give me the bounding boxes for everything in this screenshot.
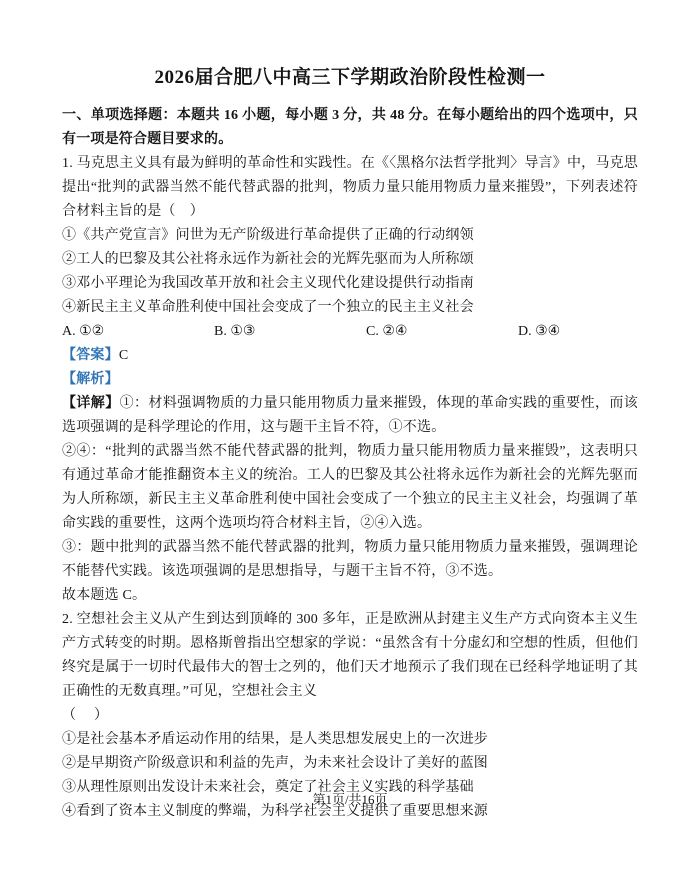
- q1-option-1: ①《共产党宣言》问世为无产阶级进行革命提供了正确的行动纲领: [62, 224, 638, 248]
- question-1-stem: 1. 马克思主义具有最为鲜明的革命性和实践性。在《〈黑格尔法哲学批判〉导言》中，…: [62, 152, 638, 224]
- page-footer: 第1页/共16页: [0, 790, 700, 810]
- q2-option-2: ②是早期资产阶级意识和利益的先声，为未来社会设计了美好的蓝图: [62, 752, 638, 776]
- q1-option-2: ②工人的巴黎及其公社将永远作为新社会的光辉先驱而为人所称颂: [62, 248, 638, 272]
- q1-conclusion: 故本题选 C。: [62, 584, 638, 608]
- q1-answer-line: 【答案】C: [62, 344, 638, 368]
- detail-text-1: ①：材料强调物质的力量只能用物质力量来摧毁，体现的革命实践的重要性，而该选项强调…: [62, 396, 638, 435]
- section-intro: 一、单项选择题：本题共 16 小题，每小题 3 分，共 48 分。在每小题给出的…: [62, 104, 638, 152]
- exam-paper-page: 2026届合肥八中高三下学期政治阶段性检测一 一、单项选择题：本题共 16 小题…: [0, 0, 700, 878]
- q1-detail-paragraph-3: ③：题中批判的武器当然不能代替武器的批判，物质力量只能用物质力量来摧毁，强调理论…: [62, 536, 638, 584]
- detail-label: 【详解】: [62, 396, 120, 411]
- answer-label: 【答案】: [62, 348, 119, 363]
- q1-choice-c: C. ②④: [366, 320, 518, 344]
- q1-detail-paragraph-2: ②④：“批判的武器当然不能代替武器的批判，物质力量只能用物质力量来摧毁”，这表明…: [62, 440, 638, 536]
- answer-value: C: [119, 348, 129, 363]
- question-2-stem: 2. 空想社会主义从产生到达到顶峰的 300 多年，正是欧洲从封建主义生产方式向…: [62, 608, 638, 704]
- q1-choice-a: A. ①②: [62, 320, 214, 344]
- q2-option-1: ①是社会基本矛盾运动作用的结果，是人类思想发展史上的一次进步: [62, 728, 638, 752]
- q1-choice-d: D. ③④: [518, 320, 560, 344]
- page-title: 2026届合肥八中高三下学期政治阶段性检测一: [62, 64, 638, 92]
- q1-choices-row: A. ①② B. ①③ C. ②④ D. ③④: [62, 320, 638, 344]
- q1-option-3: ③邓小平理论为我国改革开放和社会主义现代化建设提供行动指南: [62, 272, 638, 296]
- q1-option-4: ④新民主主义革命胜利使中国社会变成了一个独立的民主主义社会: [62, 296, 638, 320]
- q1-choice-b: B. ①③: [214, 320, 366, 344]
- analysis-label: 【解析】: [62, 372, 119, 387]
- q1-analysis-line: 【解析】: [62, 368, 638, 392]
- q2-paren-line: （ ）: [62, 704, 638, 728]
- page-content: 2026届合肥八中高三下学期政治阶段性检测一 一、单项选择题：本题共 16 小题…: [0, 0, 700, 824]
- q1-detail-paragraph-1: 【详解】①：材料强调物质的力量只能用物质力量来摧毁，体现的革命实践的重要性，而该…: [62, 392, 638, 440]
